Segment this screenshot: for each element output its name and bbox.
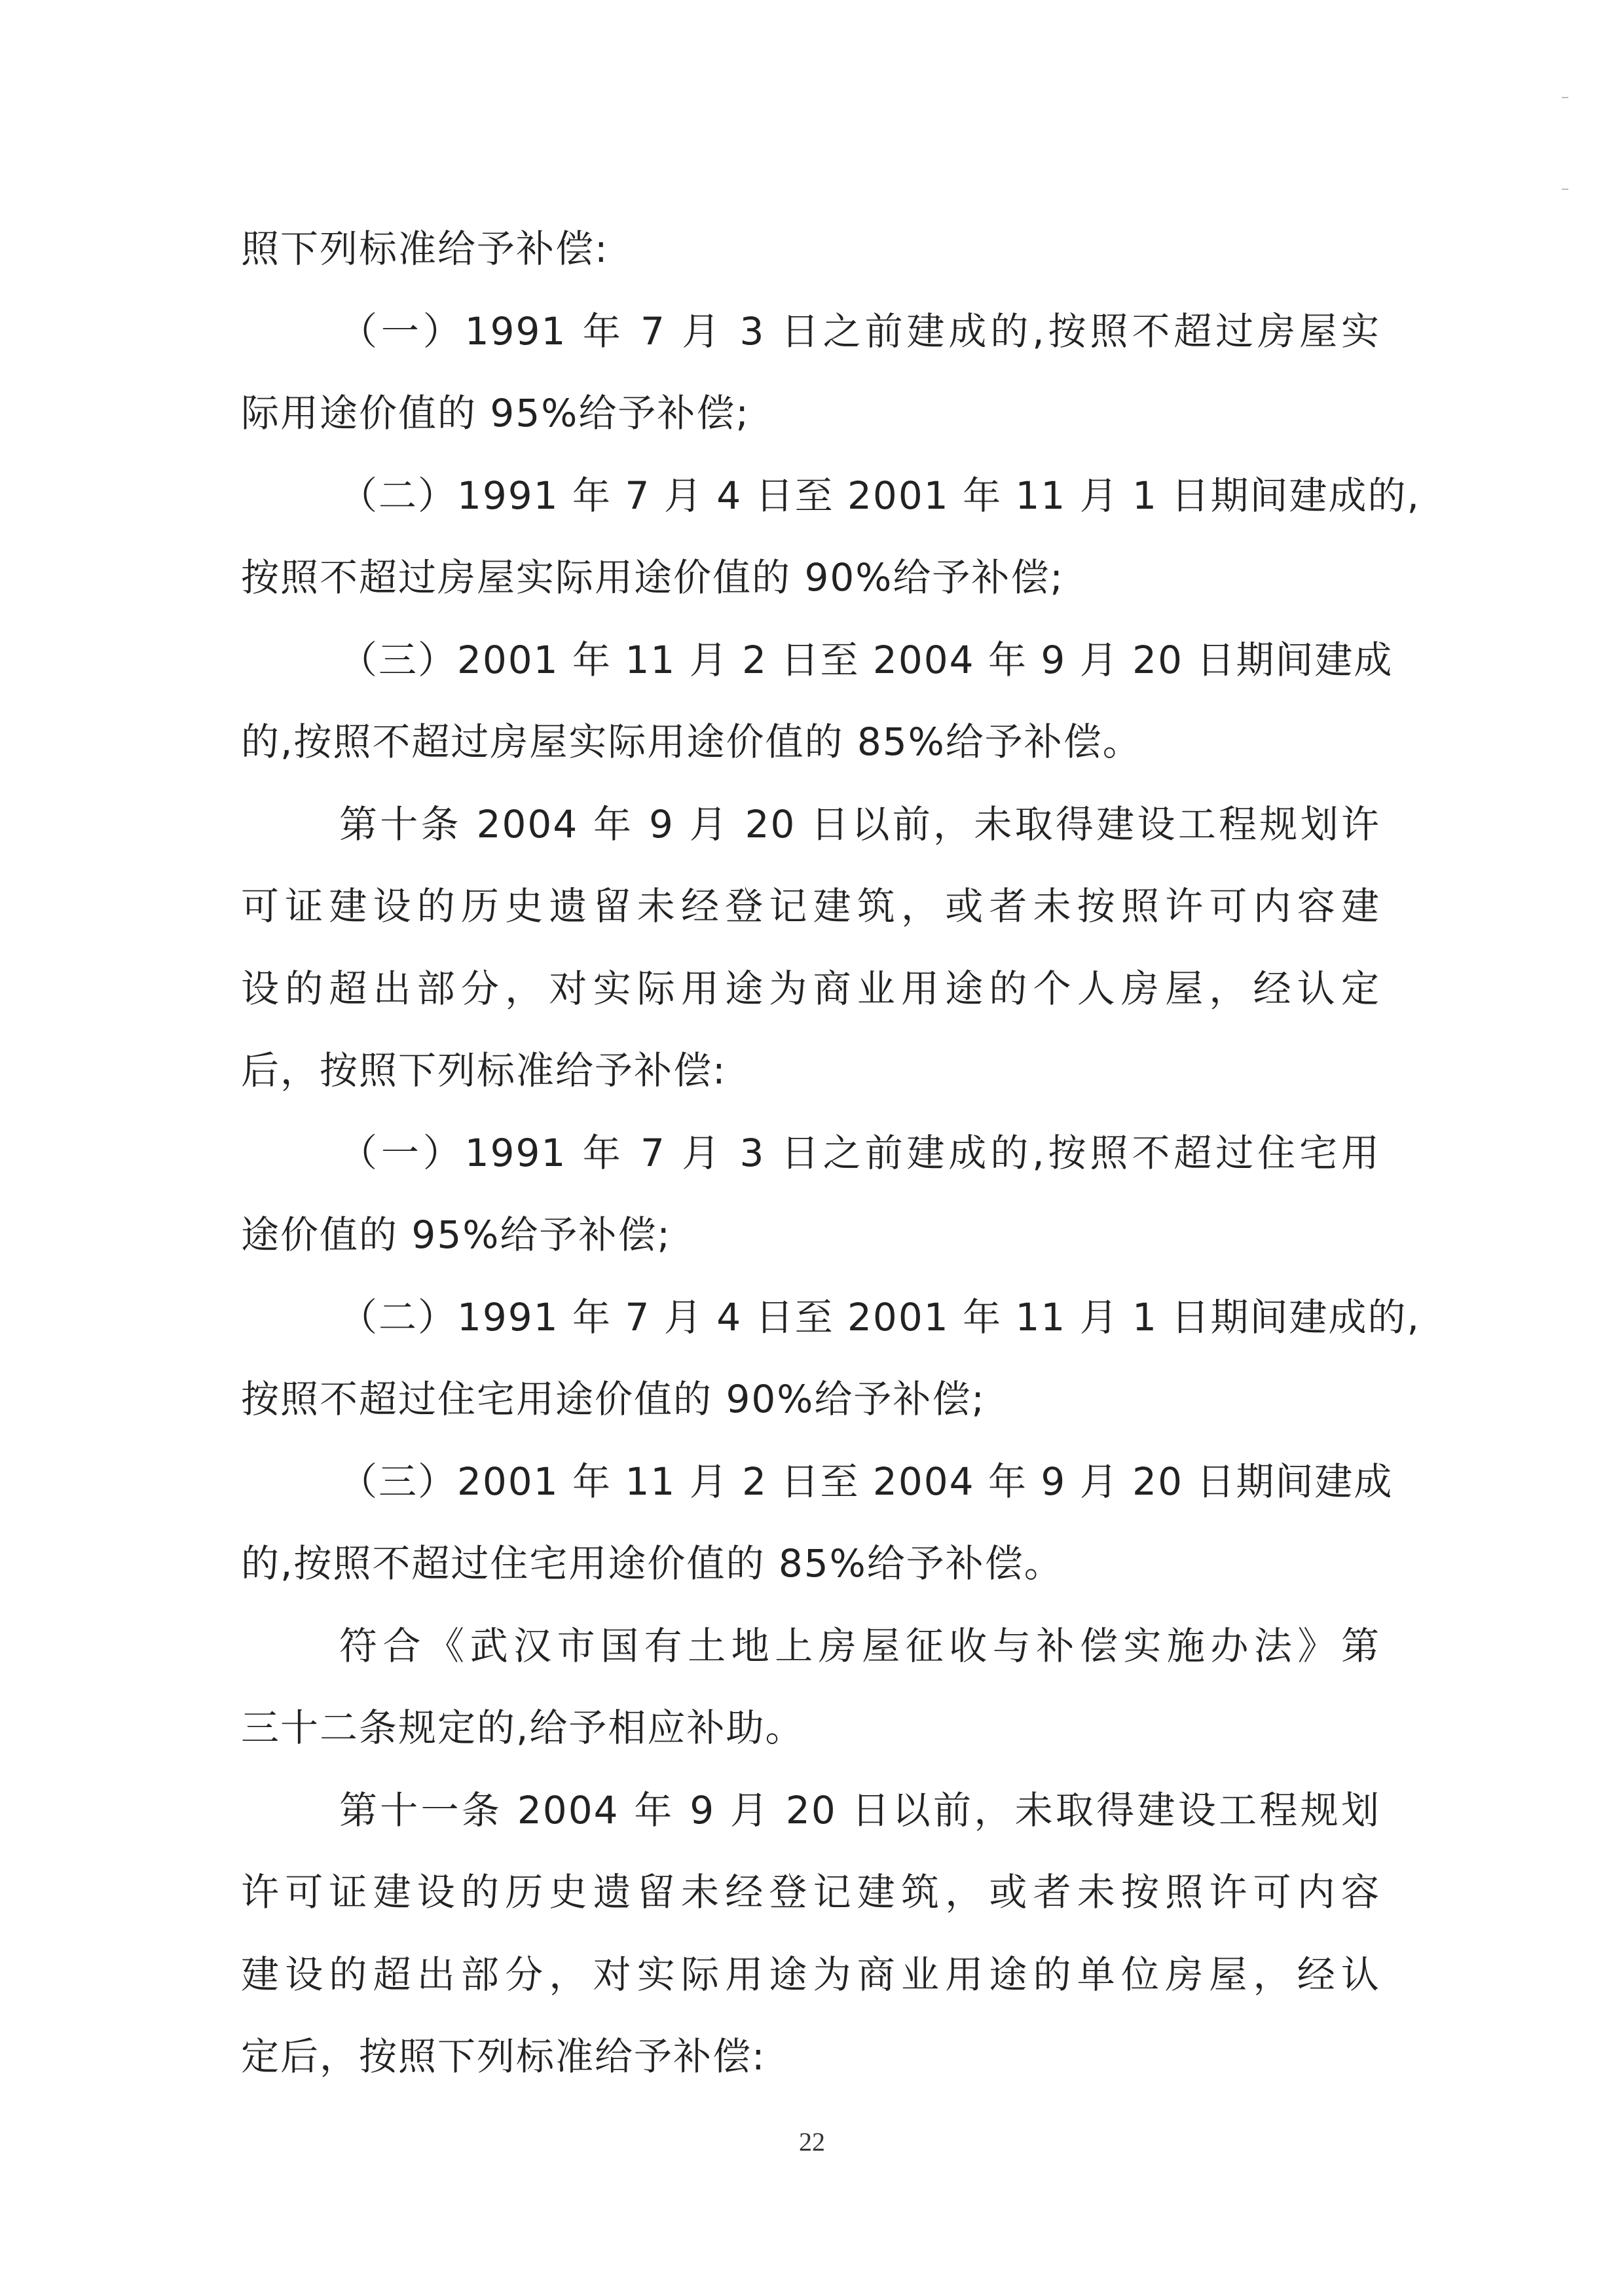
- text-line: （二）1991 年 7 月 4 日至 2001 年 11 月 1 日期间建成的,: [241, 1277, 1380, 1359]
- text-line: 设的超出部分，对实际用途为商业用途的个人房屋，经认定: [241, 948, 1380, 1030]
- text-line: 后，按照下列标准给予补偿:: [241, 1030, 1380, 1112]
- text-line: 的,按照不超过住宅用途价值的 85%给予补偿。: [241, 1523, 1380, 1605]
- text-line: 途价值的 95%给予补偿;: [241, 1194, 1380, 1277]
- scan-mark: [1562, 97, 1568, 98]
- text-line: 三十二条规定的,给予相应补助。: [241, 1687, 1380, 1770]
- document-body: 照下列标准给予补偿:（一）1991 年 7 月 3 日之前建成的,按照不超过房屋…: [241, 208, 1380, 2098]
- text-line: 按照不超过住宅用途价值的 90%给予补偿;: [241, 1358, 1380, 1441]
- text-line: （三）2001 年 11 月 2 日至 2004 年 9 月 20 日期间建成: [241, 1441, 1380, 1523]
- text-line: （二）1991 年 7 月 4 日至 2001 年 11 月 1 日期间建成的,: [241, 455, 1380, 538]
- text-line: 按照不超过房屋实际用途价值的 90%给予补偿;: [241, 537, 1380, 619]
- text-line: 第十条 2004 年 9 月 20 日以前，未取得建设工程规划许: [241, 784, 1380, 866]
- text-line: 许可证建设的历史遗留未经登记建筑，或者未按照许可内容: [241, 1851, 1380, 1934]
- text-line: 符合《武汉市国有土地上房屋征收与补偿实施办法》第: [241, 1605, 1380, 1688]
- document-page: 照下列标准给予补偿:（一）1991 年 7 月 3 日之前建成的,按照不超过房屋…: [0, 0, 1624, 2296]
- text-line: （一）1991 年 7 月 3 日之前建成的,按照不超过房屋实: [241, 291, 1380, 373]
- scan-mark: [1562, 189, 1568, 190]
- text-line: 际用途价值的 95%给予补偿;: [241, 373, 1380, 455]
- text-line: 第十一条 2004 年 9 月 20 日以前，未取得建设工程规划: [241, 1770, 1380, 1852]
- text-line: 建设的超出部分，对实际用途为商业用途的单位房屋，经认: [241, 1934, 1380, 2016]
- page-number: 22: [0, 2126, 1624, 2157]
- text-line: 照下列标准给予补偿:: [241, 208, 1380, 291]
- text-line: （一）1991 年 7 月 3 日之前建成的,按照不超过住宅用: [241, 1112, 1380, 1195]
- text-line: 的,按照不超过房屋实际用途价值的 85%给予补偿。: [241, 701, 1380, 784]
- text-line: （三）2001 年 11 月 2 日至 2004 年 9 月 20 日期间建成: [241, 619, 1380, 702]
- text-line: 可证建设的历史遗留未经登记建筑，或者未按照许可内容建: [241, 866, 1380, 948]
- text-line: 定后，按照下列标准给予补偿:: [241, 2016, 1380, 2098]
